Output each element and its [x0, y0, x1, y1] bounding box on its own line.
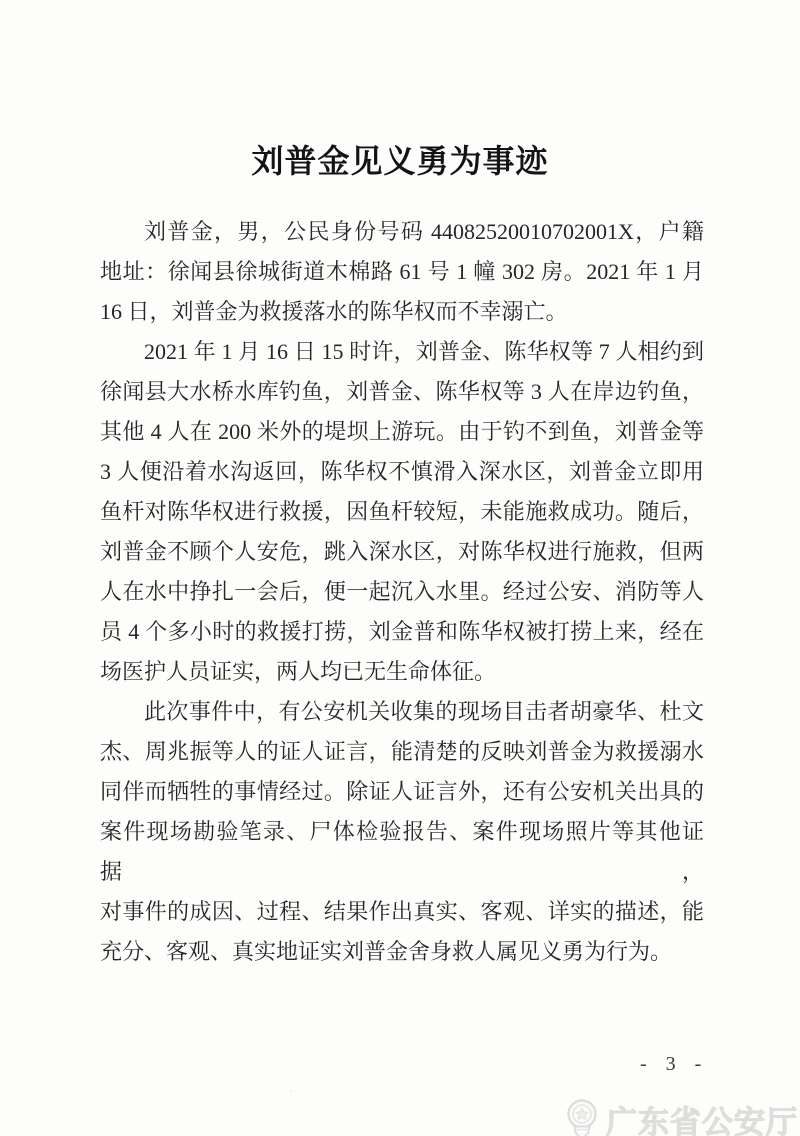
- text-line: 其他 4 人在 200 米外的堤坝上游玩。由于钓不到鱼，刘普金等: [100, 412, 704, 452]
- text-line: 鱼杆对陈华权进行救援，因鱼杆较短，未能施救成功。随后，: [100, 492, 704, 532]
- document-body: 刘普金，男，公民身份号码 44082520010702001X，户籍 地址：徐闻…: [100, 212, 704, 972]
- text-line: 地址：徐闻县徐城街道木棉路 61 号 1 幢 302 房。2021 年 1 月: [100, 252, 704, 292]
- text-line: 对事件的成因、过程、结果作出真实、客观、详实的描述，能: [100, 892, 704, 932]
- text-line: 人在水中挣扎一会后，便一起沉入水里。经过公安、消防等人: [100, 572, 704, 612]
- text-line: 2021 年 1 月 16 日 15 时许，刘普金、陈华权等 7 人相约到: [100, 332, 704, 372]
- agency-watermark: 广东省公安厅: [561, 1097, 798, 1136]
- text-line: 员 4 个多小时的救援打捞，刘金普和陈华权被打捞上来，经在: [100, 612, 704, 652]
- paragraph-1: 刘普金，男，公民身份号码 44082520010702001X，户籍 地址：徐闻…: [100, 212, 704, 332]
- text-line: 16 日，刘普金为救援落水的陈华权而不幸溺亡。: [100, 292, 704, 332]
- agency-name: 广东省公安厅: [606, 1097, 798, 1136]
- text-line: 杰、周兆振等人的证人证言，能清楚的反映刘普金为救援溺水: [100, 732, 704, 772]
- text-line: 同伴而牺牲的事情经过。除证人证言外，还有公安机关出具的: [100, 772, 704, 812]
- scan-speck: [290, 1090, 292, 1092]
- text-line: 此次事件中，有公安机关收集的现场目击者胡豪华、杜文: [100, 692, 704, 732]
- text-line: 案件现场勘验笔录、尸体检验报告、案件现场照片等其他证据，: [100, 812, 704, 892]
- page-number: - 3 -: [640, 1053, 708, 1076]
- document-title: 刘普金见义勇为事迹: [0, 136, 800, 182]
- text-line: 充分、客观、真实地证实刘普金舍身救人属见义勇为行为。: [100, 932, 704, 972]
- text-line: 场医护人员证实，两人均已无生命体征。: [100, 652, 704, 692]
- text-line: 徐闻县大水桥水库钓鱼，刘普金、陈华权等 3 人在岸边钓鱼，: [100, 372, 704, 412]
- paragraph-3: 此次事件中，有公安机关收集的现场目击者胡豪华、杜文 杰、周兆振等人的证人证言，能…: [100, 692, 704, 972]
- paragraph-2: 2021 年 1 月 16 日 15 时许，刘普金、陈华权等 7 人相约到 徐闻…: [100, 332, 704, 692]
- text-line: 刘普金，男，公民身份号码 44082520010702001X，户籍: [100, 212, 704, 252]
- scanned-document-page: 刘普金见义勇为事迹 刘普金，男，公民身份号码 44082520010702001…: [0, 0, 800, 1136]
- police-badge-icon: [561, 1098, 603, 1136]
- text-line: 刘普金不顾个人安危，跳入深水区，对陈华权进行施救，但两: [100, 532, 704, 572]
- text-line: 3 人便沿着水沟返回，陈华权不慎滑入深水区，刘普金立即用: [100, 452, 704, 492]
